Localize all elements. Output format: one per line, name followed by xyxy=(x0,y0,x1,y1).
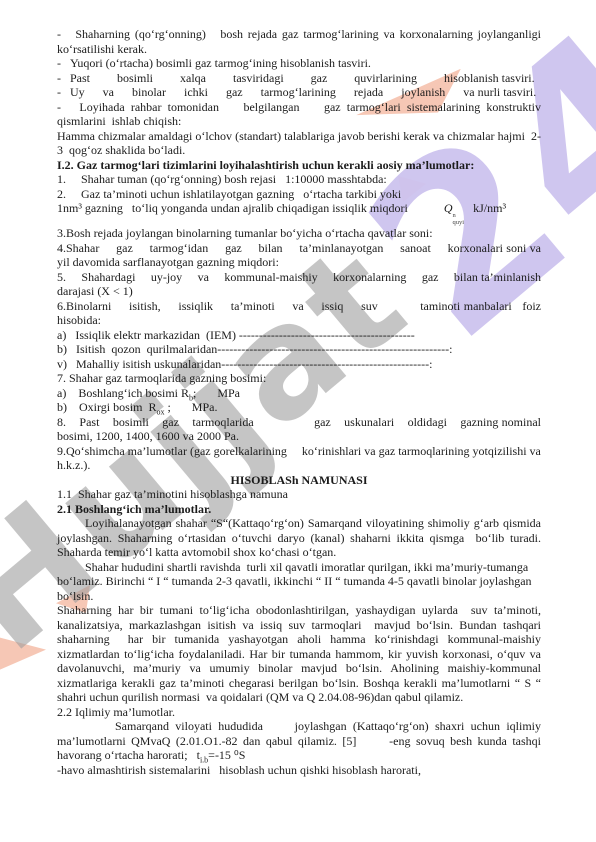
sub-item-a-initial-pressure: a) Boshlang‘ich bosimi Rb; MPa xyxy=(57,386,541,401)
q-formula-sub: quyi xyxy=(453,220,465,227)
sub-item-b-final-pressure: b) Oxirgi bosim Rox ; MPa. xyxy=(57,400,541,415)
para-city-description: Loyihalanayotgan shahar “S“(Kattaqo‘rg‘o… xyxy=(57,516,541,560)
heat-value-unit: kJ/nm³ xyxy=(464,201,506,215)
bullet-master-plan: - Shaharning (qo‘rg‘onning) bosh rejada … xyxy=(57,27,541,56)
sub-item-v-local: v) Mahalliy isitish uskunalaridan-------… xyxy=(57,357,541,372)
q-formula: Qnquyi xyxy=(444,201,464,215)
para-districts: Shahar hududini shartli ravishda turli x… xyxy=(57,560,541,604)
heat-value-text: 1nm³ gazning to‘liq yonganda undan ajral… xyxy=(57,201,444,215)
final-pressure-text: b) Oxirgi bosim R xyxy=(57,400,156,414)
document-text: - Shaharning (qo‘rg‘onning) bosh rejada … xyxy=(57,27,541,777)
sub-item-a-iem: a) Issiqlik elektr markazidan (IEM) ----… xyxy=(57,328,541,343)
sub-item-b-boilers: b) Isitish qozon qurilmalaridan---------… xyxy=(57,342,541,357)
climate-text: Samarqand viloyati hududida joylashgan (… xyxy=(57,719,541,762)
list-item-3: 3.Bosh rejada joylangan binolarning tuma… xyxy=(57,226,541,241)
list-item-1: 1. Shahar tuman (qo‘rg‘onning) bosh reja… xyxy=(57,172,541,187)
calc-sample-heading: HISOBLASh NAMUNASI xyxy=(57,473,541,488)
section-heading-i2: I.2. Gaz tarmog‘lari tizimlarini loyihal… xyxy=(57,158,541,173)
initial-pressure-text: a) Boshlang‘ich bosimi R xyxy=(57,386,189,400)
list-item-5: 5. Shahardagi uy-joy va kommunal-maishiy… xyxy=(57,270,541,299)
list-item-4: 4.Shahar gaz tarmog‘idan gaz bilan ta’mi… xyxy=(57,241,541,270)
para-drawings-note: Hamma chizmalar amaldagi o‘lchov (standa… xyxy=(57,129,541,158)
bullet-low-pressure: - Past bosimli xalqa tasviridagi gaz quv… xyxy=(57,71,541,86)
item-2-2-heading: 2.2 Iqlimiy ma’lumotlar. xyxy=(57,705,541,720)
para-ventilation: -havo almashtirish sistemalarini hisobla… xyxy=(57,763,541,778)
initial-pressure-unit: ; MPa xyxy=(193,386,240,400)
list-item-6: 6.Binolarni isitish, issiqlik ta’minoti … xyxy=(57,299,541,328)
q-formula-supsub: nquyi xyxy=(453,213,465,226)
para-climate-data: Samarqand viloyati hududida joylashgan (… xyxy=(57,719,541,763)
bullet-project-parts: - Loyihada rahbar tomonidan belgilangan … xyxy=(57,100,541,129)
watermark-salmon-shape xyxy=(0,636,46,670)
temperature-value: =-15 ⁰S xyxy=(208,748,245,762)
final-pressure-unit: ; MPa. xyxy=(164,400,217,414)
item-2-1-heading: 2.1 Boshlang‘ich ma’lumotlar. xyxy=(57,502,541,517)
list-item-heat-value: 1nm³ gazning to‘liq yonganda undan ajral… xyxy=(57,201,541,226)
list-item-2: 2. Gaz ta’minoti uchun ishlatilayotgan g… xyxy=(57,187,541,202)
list-item-7: 7. Shahar gaz tarmoqlarida gazning bosim… xyxy=(57,371,541,386)
list-item-8: 8. Past bosimli gaz tarmoqlarida gaz usk… xyxy=(57,415,541,444)
q-formula-base: Q xyxy=(444,201,453,215)
bullet-indoor-networks: - Uy va binolar ichki gaz tarmog‘larinin… xyxy=(57,85,541,100)
para-district-services: Shaharning har bir tumani to‘lig‘icha ob… xyxy=(57,603,541,705)
list-item-9: 9.Qo‘shimcha ma’lumotlar (gaz gorelkalar… xyxy=(57,444,541,473)
bullet-high-pressure: - Yuqori (o‘rtacha) bosimli gaz tarmog‘i… xyxy=(57,56,541,71)
document-page: 24 Hujjat - Shaharning (qo‘rg‘onning) bo… xyxy=(0,0,596,842)
item-1-1: 1.1 Shahar gaz ta’minotini hisoblashga n… xyxy=(57,487,541,502)
